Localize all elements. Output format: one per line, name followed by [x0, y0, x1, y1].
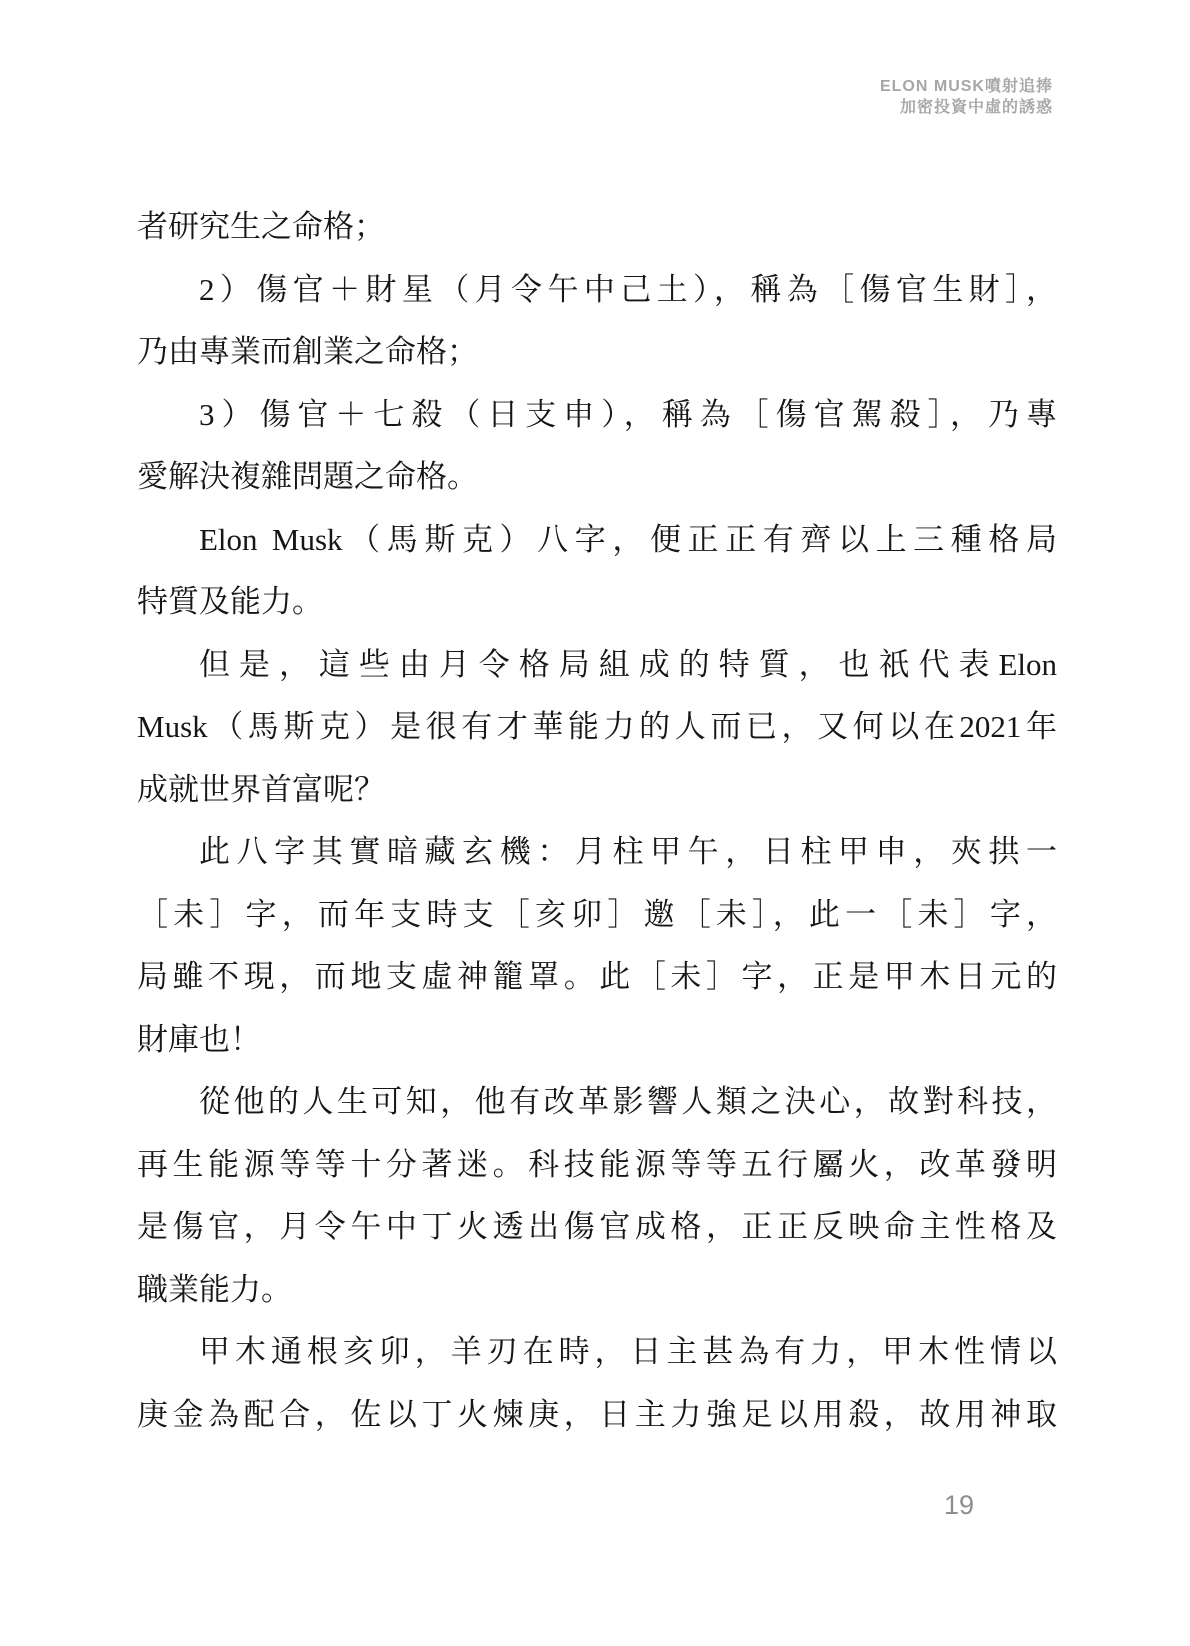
body-line: 職業能力。 — [137, 1259, 1057, 1322]
running-header-line2: 加密投資中虛的誘惑 — [880, 97, 1053, 118]
body-line: Musk（馬斯克）是很有才華能力的人而已，又何以在2021年 — [137, 696, 1057, 759]
page-number: 19 — [944, 1488, 974, 1522]
body-line: 乃由專業而創業之命格； — [137, 321, 1057, 384]
body-line: 是傷官，月令午中丁火透出傷官成格，正正反映命主性格及 — [137, 1196, 1057, 1259]
body-line: 此八字其實暗藏玄機：月柱甲午，日柱甲申，夾拱一 — [137, 821, 1057, 884]
running-header-line1: ELON MUSK噴射追捧 — [880, 76, 1053, 97]
body-line: 者研究生之命格； — [137, 196, 1057, 259]
body-line: Elon Musk（馬斯克）八字，便正正有齊以上三種格局 — [137, 509, 1057, 572]
body-text: 者研究生之命格； 2）傷官＋財星（月令午中己土），稱為［傷官生財］， 乃由專業而… — [137, 196, 1057, 1446]
body-line: ［未］字，而年支時支［亥卯］邀［未］，此一［未］字， — [137, 884, 1057, 947]
body-line: 成就世界首富呢？ — [137, 759, 1057, 822]
body-line: 但是，這些由月令格局組成的特質，也祇代表Elon — [137, 634, 1057, 697]
running-header: ELON MUSK噴射追捧 加密投資中虛的誘惑 — [880, 76, 1053, 118]
body-line: 特質及能力。 — [137, 571, 1057, 634]
body-line: 從他的人生可知，他有改革影響人類之決心，故對科技， — [137, 1071, 1057, 1134]
body-line: 庚金為配合，佐以丁火煉庚，日主力強足以用殺，故用神取 — [137, 1384, 1057, 1447]
book-page: ELON MUSK噴射追捧 加密投資中虛的誘惑 者研究生之命格； 2）傷官＋財星… — [0, 0, 1190, 1646]
body-line: 2）傷官＋財星（月令午中己土），稱為［傷官生財］， — [137, 259, 1057, 322]
body-line: 再生能源等等十分著迷。科技能源等等五行屬火，改革發明 — [137, 1134, 1057, 1197]
body-line: 財庫也！ — [137, 1009, 1057, 1072]
body-line: 愛解決複雜問題之命格。 — [137, 446, 1057, 509]
body-line: 甲木通根亥卯，羊刃在時，日主甚為有力，甲木性情以 — [137, 1321, 1057, 1384]
body-line: 局雖不現，而地支虛神籠罩。此［未］字，正是甲木日元的 — [137, 946, 1057, 1009]
body-line: 3）傷官＋七殺（日支申），稱為［傷官駕殺］，乃專 — [137, 384, 1057, 447]
